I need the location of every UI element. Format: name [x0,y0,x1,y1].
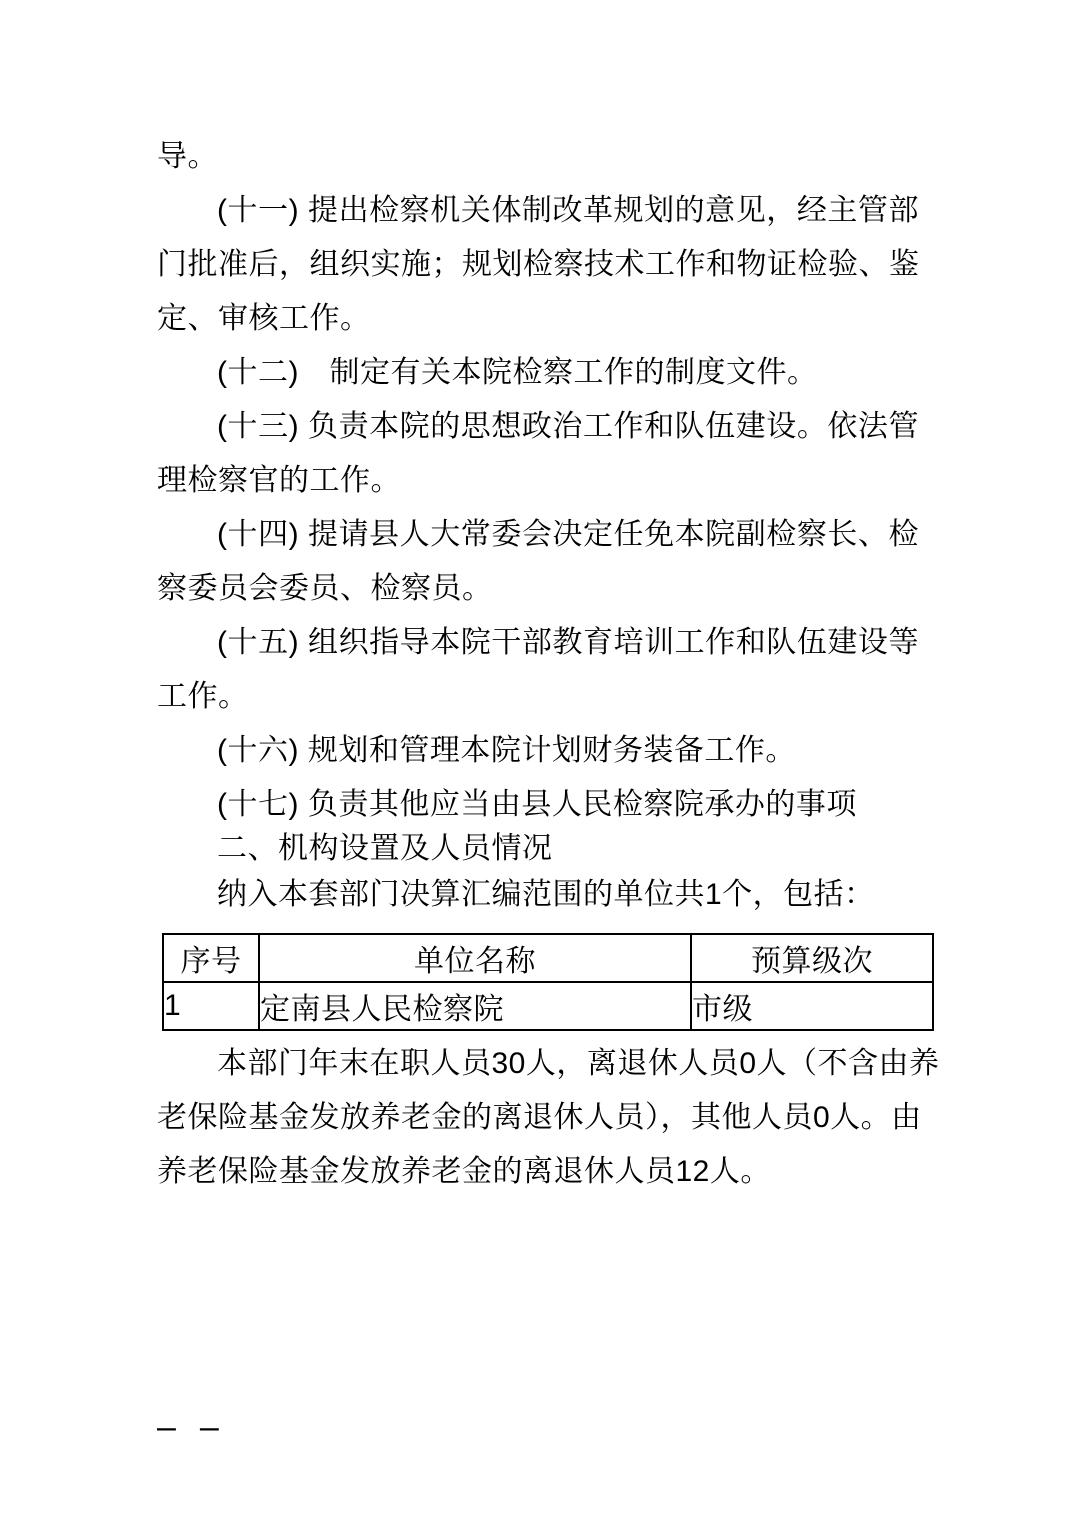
units-table-header-index: 序号 [163,934,259,982]
units-table-row: 1 定南县人民检察院 市级 [163,982,933,1030]
section-heading-2: 二、机构设置及人员情况 [157,826,919,872]
units-table-header-unit-name: 单位名称 [259,934,691,982]
units-table-cell-budget-level: 市级 [691,982,933,1030]
body-line-item17: (十七) 负责其他应当由县人民检察院承办的事项 [157,778,919,832]
body-line-item11-3: 定、审核工作。 [157,292,919,346]
body-line-item14-1: (十四) 提请县人大常委会决定任免本院副检察长、检 [157,508,919,562]
body-line-item15-1: (十五) 组织指导本院干部教育培训工作和队伍建设等 [157,616,919,670]
body-line-item16: (十六) 规划和管理本院计划财务装备工作。 [157,724,919,778]
staff-line-1: 本部门年末在职人员30人，离退休人员0人（不含由养 [157,1037,919,1091]
body-line-item12: (十二) 制定有关本院检察工作的制度文件。 [157,346,919,400]
body-line-item11-2: 门批准后，组织实施；规划检察技术工作和物证检验、鉴 [157,238,919,292]
units-table-header-budget-level: 预算级次 [691,934,933,982]
body-line-item13-1: (十三) 负责本院的思想政治工作和队伍建设。依法管 [157,400,919,454]
page-body: 导。 (十一) 提出检察机关体制改革规划的意见，经主管部 门批准后，组织实施；规… [157,130,919,1199]
footer-dash-right: – [200,1410,219,1444]
staff-line-2: 老保险基金发放养老金的离退休人员），其他人员0人。由 [157,1091,919,1145]
units-table-cell-index: 1 [163,982,259,1030]
body-line-carryover: 导。 [157,130,919,184]
units-table-cell-unit-name: 定南县人民检察院 [259,982,691,1030]
units-table: 序号 单位名称 预算级次 1 定南县人民检察院 市级 [162,933,934,1031]
units-table-header-row: 序号 单位名称 预算级次 [163,934,933,982]
document-page: 导。 (十一) 提出检察机关体制改革规划的意见，经主管部 门批准后，组织实施；规… [0,0,1074,1520]
body-line-item14-2: 察委员会委员、检察员。 [157,562,919,616]
units-intro-line: 纳入本套部门决算汇编范围的单位共1个，包括： [157,872,919,918]
page-number-dashes: – – [157,1410,219,1444]
body-line-item13-2: 理检察官的工作。 [157,454,919,508]
staff-line-3: 养老保险基金发放养老金的离退休人员12人。 [157,1145,919,1199]
body-line-item15-2: 工作。 [157,670,919,724]
body-line-item11-1: (十一) 提出检察机关体制改革规划的意见，经主管部 [157,184,919,238]
footer-dash-left: – [157,1410,176,1444]
